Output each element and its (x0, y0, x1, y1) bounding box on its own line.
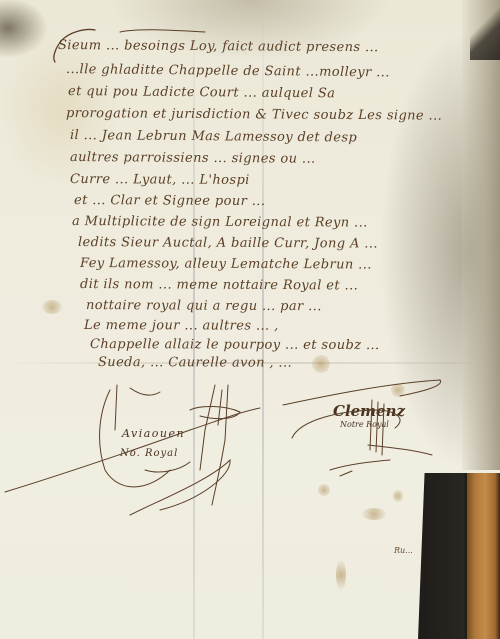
manuscript-line: Sieum ... besoings Loy, faict audict pre… (58, 38, 379, 55)
manuscript-line: ledits Sieur Auctal, A baille Curr, Jong… (78, 235, 378, 252)
ink-stain (42, 300, 62, 314)
manuscript-line: et qui pou Ladicte Court ... aulquel Sa (68, 84, 335, 101)
wooden-table-edge (467, 473, 500, 639)
torn-corner (470, 0, 500, 60)
manuscript-line: et ... Clar et Signee pour ... (74, 193, 265, 209)
marginal-note: Ru... (394, 546, 413, 555)
signature-title: Notre Royal (340, 420, 389, 429)
paper-edge-shadow (462, 0, 500, 470)
manuscript-line: Fey Lamessoy, alleuy Lematche Lebrun ... (80, 256, 372, 273)
ink-stain (318, 484, 330, 496)
manuscript-line: Sueda, ... Caurelle avon , ... (98, 355, 292, 371)
signature-name: Clemenz (333, 402, 405, 420)
manuscript-line: prorogation et jurisdiction & Tivec soub… (66, 106, 442, 124)
manuscript-line: aultres parroissiens ... signes ou ... (70, 150, 316, 167)
manuscript-line: a Multiplicite de sign Loreignal et Reyn… (72, 214, 368, 231)
ink-stain (362, 508, 386, 520)
manuscript-line: dit ils nom ... meme nottaire Royal et .… (80, 277, 358, 293)
ink-stain (391, 383, 405, 397)
ink-stain (393, 490, 403, 502)
manuscript-line: Chappelle allaiz le pourpoy ... et soubz… (90, 337, 380, 353)
signature-name: Aviaouen (122, 427, 185, 440)
manuscript-line: Curre ... Lyaut, ... L'hospi (70, 172, 250, 188)
ink-stain (336, 560, 346, 590)
manuscript-line: Le meme jour ... aultres ... , (84, 318, 279, 334)
manuscript-line: il ... Jean Lebrun Mas Lamessoy det desp (70, 128, 357, 146)
signature-title: No. Royal (120, 448, 178, 459)
manuscript-line: nottaire royal qui a regu ... par ... (86, 298, 322, 314)
ink-stain (312, 355, 330, 373)
